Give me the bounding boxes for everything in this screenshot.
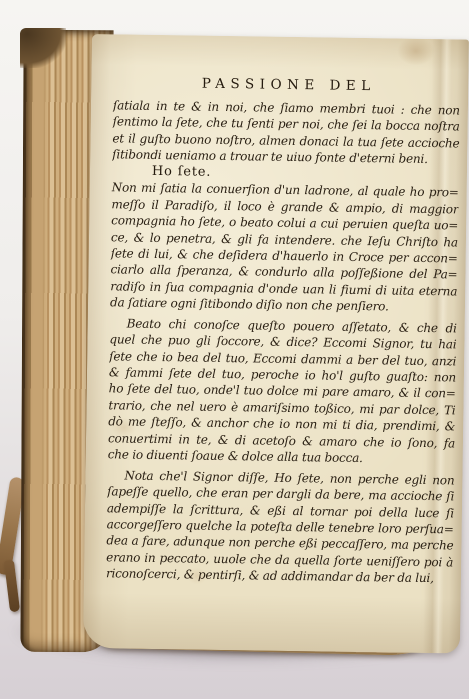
- text-block: PASSIONE DEL ſatiala in te & in noi, che…: [106, 74, 460, 587]
- cover-corner: [20, 28, 66, 68]
- book-page: PASSIONE DEL ſatiala in te & in noi, che…: [83, 34, 469, 654]
- book-photograph: PASSIONE DEL ſatiala in te & in noi, che…: [0, 0, 469, 699]
- running-header: PASSIONE DEL: [117, 74, 460, 96]
